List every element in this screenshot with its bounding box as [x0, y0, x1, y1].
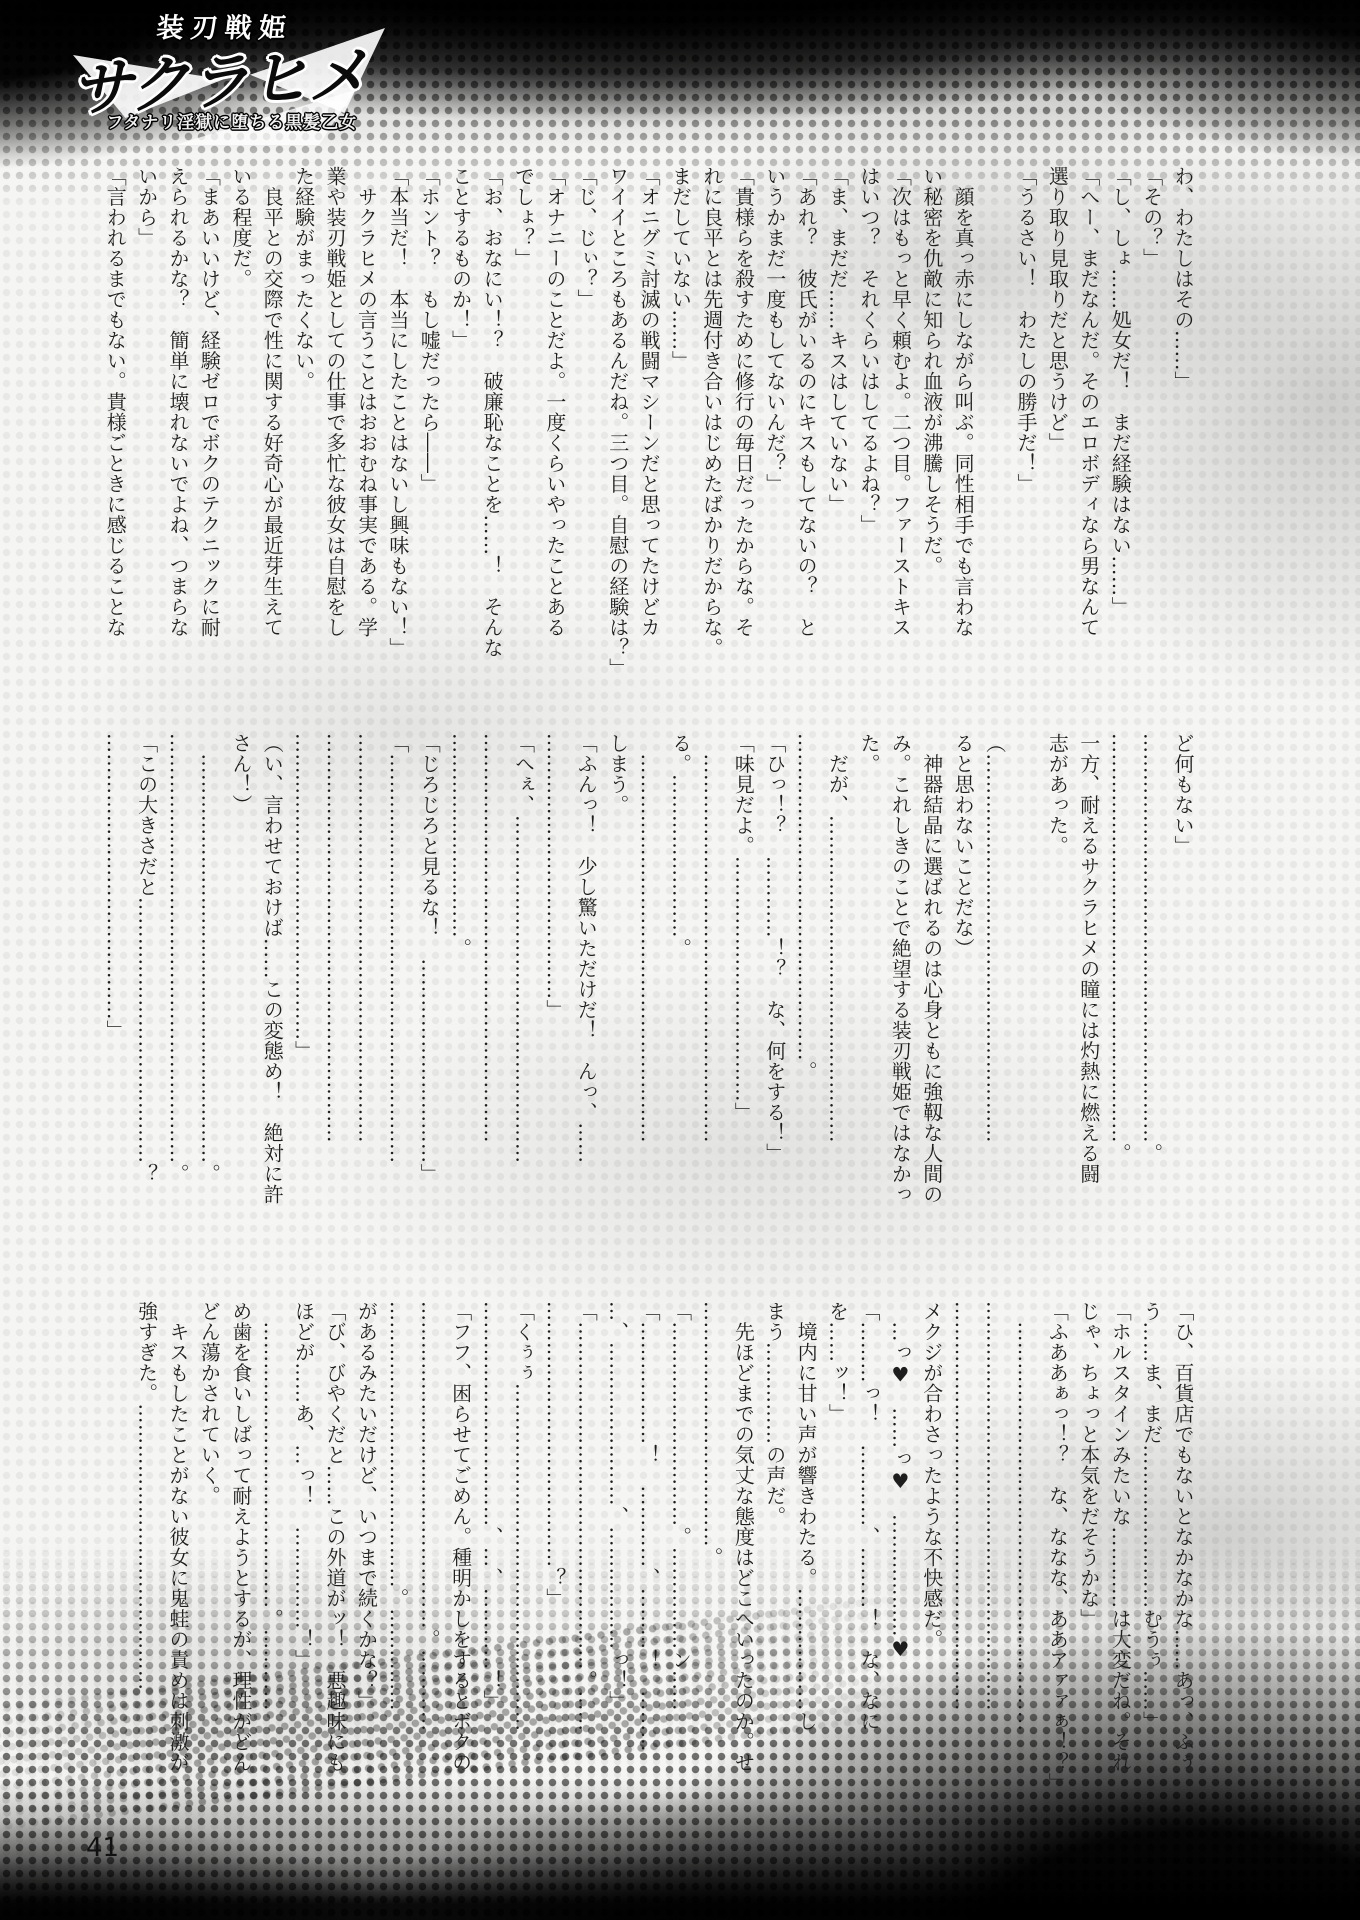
text-band-1: わ、わたしはその……」「その？」「し、しょ……処女だ！ まだ経験はない……」「へ…: [93, 166, 1198, 684]
logo-subtitle-text: フタナリ淫獄に堕ちる黒髪乙女: [106, 108, 357, 133]
text-column: だが、…………………………………………: [821, 733, 852, 1248]
text-column: はいつ？ それくらいはしてるよね？」: [853, 166, 884, 684]
text-column: （い、言わせておけば……この変態め！ 絶対に許: [256, 733, 287, 1248]
text-column: …………………………。: [444, 733, 475, 1248]
text-column: （…………………………………………………: [978, 733, 1009, 1248]
text-column: …………………………………………。: [790, 733, 821, 1248]
text-column: ………………………………。: [696, 1301, 727, 1818]
text-column: 「…………………………。……………ン……: [664, 1301, 695, 1818]
text-column: 「ふんっ！ 少し驚いただけだ！ んっ、……: [570, 733, 601, 1248]
text-column: た経験がまったくない。: [287, 166, 318, 684]
text-column: た。: [853, 733, 884, 1248]
text-column: 「うるさい！ わたしの勝手だ！」: [1010, 166, 1041, 684]
text-band-2: ど何もない」……………………………………………………。……………………………………: [93, 733, 1198, 1248]
text-column: 「本当だ！ 本当にしたことはないし興味もない！」: [381, 166, 412, 684]
text-column: 「……………………………………………………: [381, 733, 412, 1248]
text-column: じゃ、ちょっと本気をだそうかな」: [1072, 1301, 1103, 1818]
text-column: 「お、おなにい！？ 破廉恥なことを……！ そんな: [476, 166, 507, 684]
text-column: 「オニグミ討滅の戦闘マシーンだと思ってたけどカ: [633, 166, 664, 684]
text-column: い秘密を仇敵に知られ血液が沸騰しそうだ。: [915, 166, 946, 684]
text-column: ほどが……あ、…っ！ ……………！」: [287, 1301, 318, 1818]
text-column: 先ほどまでの気丈な態度はどこへいったのか。せ: [727, 1301, 758, 1818]
text-column: 「……………………………………………。……: [570, 1301, 601, 1818]
text-column: を……ッ！」: [821, 1301, 852, 1818]
text-column: う……ま、まだ……………………むうぅ……」: [1135, 1301, 1166, 1818]
text-column: 良平との交際で性に関する好奇心が最近芽生えて: [256, 166, 287, 684]
text-column: 「あれ？ 彼氏がいるのにキスもしてないの？ と: [790, 166, 821, 684]
text-column: えられるかな？ 簡単に壊れないでよね、つまらな: [162, 166, 193, 684]
text-column: 「この大きさだと…………………………………？: [130, 733, 161, 1248]
text-column: ……………………………………………………: [1010, 1301, 1041, 1818]
text-column: ……………………………………。……………: [381, 1301, 412, 1818]
text-column: ………………………………………………………。: [162, 733, 193, 1248]
text-column: 顔を真っ赤にしながら叫ぶ。同性相手でも言わな: [947, 166, 978, 684]
text-column: 「ま、まだだ……キスはしていない」: [821, 166, 852, 684]
text-column: ……………………………………………………: [947, 1301, 978, 1818]
text-column: ワイイところもあるんだね。三つ目。自慰の経験は？」: [601, 166, 632, 684]
text-column: 「ひ、百貨店でもないとなかなかな……あっ、ふぅ: [1167, 1301, 1198, 1818]
text-column: み。これしきのことで絶望する装刃戦姫ではなかっ: [884, 733, 915, 1248]
text-column: …………………………………」: [538, 733, 569, 1248]
text-column: ……………………………………。…………: [256, 1301, 287, 1818]
text-column: 「ホルスタインみたいな…………は大変だね。それ: [1104, 1301, 1135, 1818]
text-column: いる程度だ。: [224, 166, 255, 684]
page-number: 41: [86, 1833, 119, 1863]
text-column: 神器結晶に選ばれるのは心身ともに強靱な人間の: [915, 733, 946, 1248]
text-column: 「貴様らを殺すために修行の毎日だったからな。そ: [727, 166, 758, 684]
text-column: いから」: [130, 166, 161, 684]
text-column: 「び、びやくだと……この外道がッ！ 悪趣味にも: [319, 1301, 350, 1818]
text-column: ると思わないことだな）: [947, 733, 978, 1248]
text-column: 「言われるまでもない。貴様ごときに感じることな: [99, 166, 130, 684]
text-column: 「じろじろと見るな！ …………………………」: [413, 733, 444, 1248]
text-column: 「ふああぁっ！？ な、ななな、ああアァァぁ！？」: [1041, 1301, 1072, 1818]
text-column: しまう。: [601, 733, 632, 1248]
text-column: …………………………………………。…………: [413, 1301, 444, 1818]
text-column: 「へぇ、……………………………………………: [507, 733, 538, 1248]
text-column: 「まあいいけど、経験ゼロでボクのテクニックに耐: [193, 166, 224, 684]
text-column: キスもしたことがない彼女に鬼蛙の責めは刺激が: [162, 1301, 193, 1818]
text-column: ……………………………………………………。: [193, 733, 224, 1248]
text-column: 志があった。: [1041, 733, 1072, 1248]
text-column: ……………………………………………………: [319, 733, 350, 1248]
text-column: 「………っ！ …………、………！ な、なに: [853, 1301, 884, 1818]
text-column: れに良平とは先週付き合いはじめたばかりだからな。: [696, 166, 727, 684]
text-column: 「オナニーのことだよ。一度くらいやったことある: [538, 166, 569, 684]
text-column: め歯を食いしばって耐えようとするが、理性がどん: [224, 1301, 255, 1818]
text-band-3: 「ひ、百貨店でもないとなかなかな……あっ、ふぅう……ま、まだ……………………むう…: [93, 1301, 1198, 1818]
text-column: ……………………………………………………。: [1104, 733, 1135, 1248]
text-column: 「フフ、困らせてごめん。種明かしをするとボクの: [444, 1301, 475, 1818]
text-column: 「その？」: [1135, 166, 1166, 684]
text-column: わ、わたしはその……」: [1167, 166, 1198, 684]
text-column: 「し、しょ……処女だ！ まだ経験はない……」: [1104, 166, 1135, 684]
text-column: ……………………………………………………。: [1135, 733, 1166, 1248]
text-column: 「………………！ …………、………！ ………: [633, 1301, 664, 1818]
text-column: …っ♥ ……っ♥ ………………♥: [884, 1301, 915, 1818]
text-column: 選り取り見取りだと思うけど」: [1041, 166, 1072, 684]
text-column: 「ホント？ もし嘘だったら――」: [413, 166, 444, 684]
text-column: 一方、耐えるサクラヒメの瞳には灼熱に燃える闘: [1072, 733, 1103, 1248]
text-column: 業や装刃戦姫としての仕事で多忙な彼女は自慰をし: [319, 166, 350, 684]
text-column: …、……………………、………………っ！」: [601, 1301, 632, 1818]
novel-page: 装刃戦姫 サクラヒメ フタナリ淫獄に堕ちる黒髪乙女 わ、わたしはその……」「その…: [0, 0, 1360, 1920]
text-column: 強すぎた。……………………………………: [130, 1301, 161, 1818]
text-column: ………………………………………」: [287, 733, 318, 1248]
text-column: メクジが合わさったような不快感だ。: [915, 1301, 946, 1818]
paragraph-gap: [1010, 733, 1041, 1248]
text-column: …………………………………………………: [696, 733, 727, 1248]
text-column: でしょ？」: [507, 166, 538, 684]
text-column: ……………………………、…、…………！」: [476, 1301, 507, 1818]
text-column: 「へー、まだなんだ。そのエロボディなら男なんて: [1072, 166, 1103, 684]
text-column: 「次はもっと早く頼むよ。二つ目。ファーストキス: [884, 166, 915, 684]
title-logo: 装刃戦姫 サクラヒメ フタナリ淫獄に堕ちる黒髪乙女: [55, 0, 395, 152]
text-column: ……………………………………………………: [978, 1301, 1009, 1818]
text-column: いうかまだ一度もしてないんだ？」: [758, 166, 789, 684]
text-column: ……………………………………………………: [476, 733, 507, 1248]
text-column: ……………………………………」: [99, 733, 130, 1248]
text-column: 境内に甘い声が響きわたる。………………し: [790, 1301, 821, 1818]
text-column: る。……………………。: [664, 733, 695, 1248]
text-column: ……………………………………………………: [350, 733, 381, 1248]
text-column: …………………………………………………: [633, 733, 664, 1248]
text-column: 「じ、じぃ？」: [570, 166, 601, 684]
text-column: ことするものか！」: [444, 166, 475, 684]
text-column: があるみたいだけど、いつまで続くかな？」: [350, 1301, 381, 1818]
text-column: 「味見だよ。………………………………」: [727, 733, 758, 1248]
text-column: まう……………の声だ。: [758, 1301, 789, 1818]
text-column: さん！）: [224, 733, 255, 1248]
paragraph-gap: [978, 166, 1009, 684]
text-column: 「くぅぅ……………………………………………: [507, 1301, 538, 1818]
text-column: どん蕩かされていく。: [193, 1301, 224, 1818]
text-column: ど何もない」: [1167, 733, 1198, 1248]
text-column: …………………………………？」: [538, 1301, 569, 1818]
text-column: 「ひっ！？ …………！？ な、何をする！」: [758, 733, 789, 1248]
text-column: サクラヒメの言うことはおおむね事実である。学: [350, 166, 381, 684]
text-column: まだしていない……」: [664, 166, 695, 684]
